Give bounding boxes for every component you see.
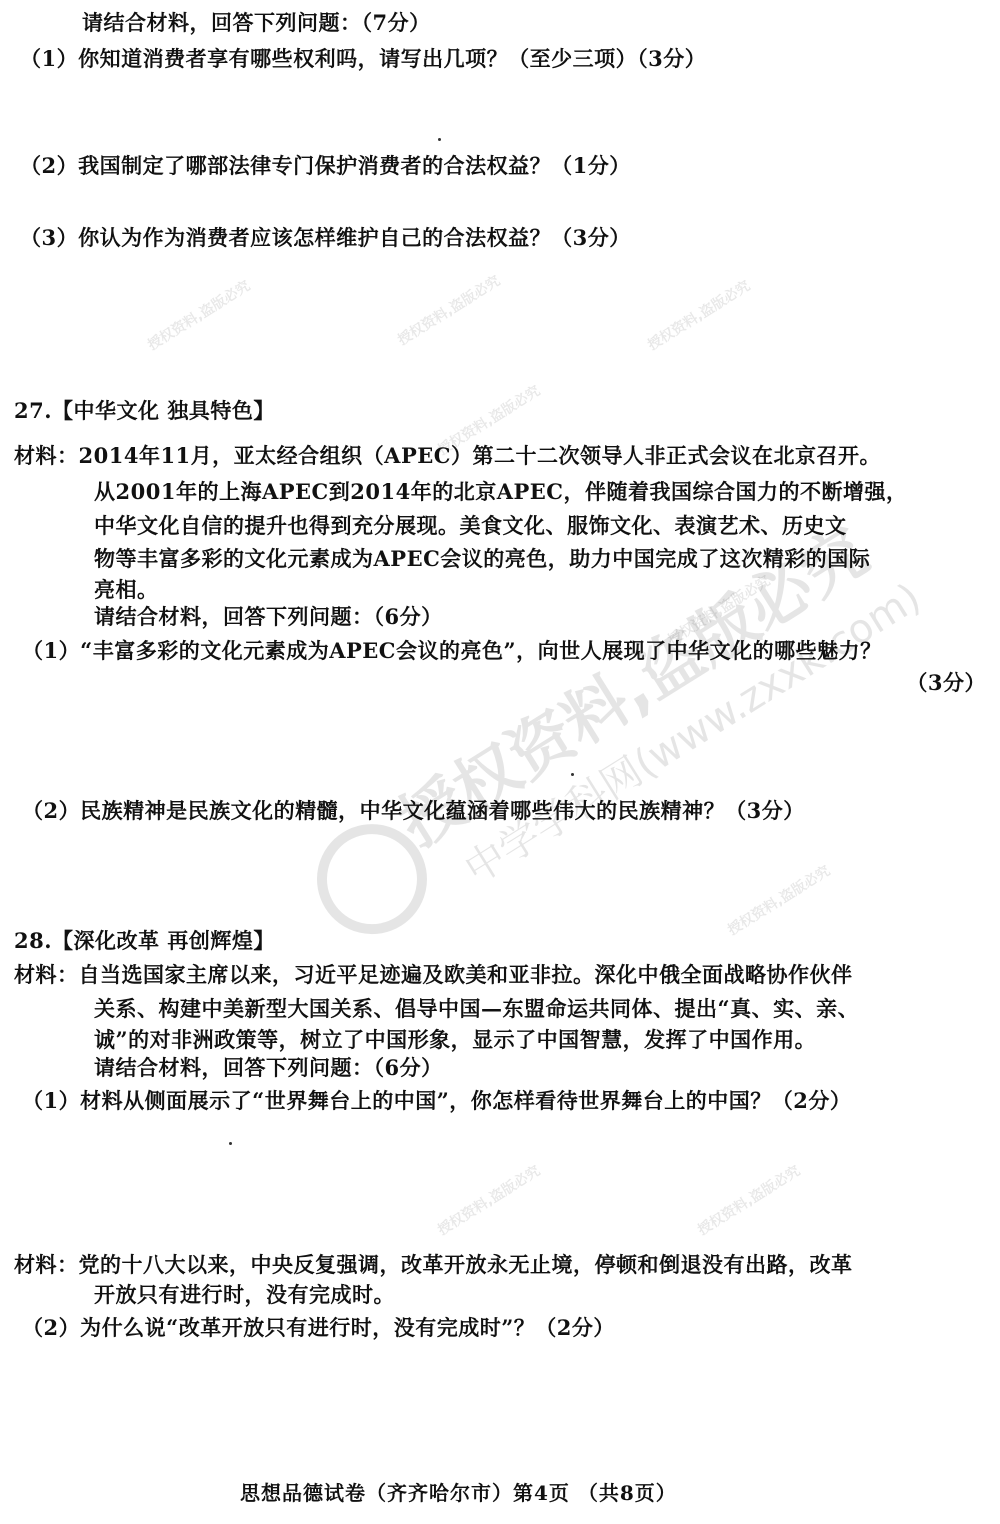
question-prompt: 请结合材料，回答下列问题：（6分） — [94, 604, 443, 630]
question-27-1-score: （3分） — [906, 670, 986, 696]
material-line: 材料：2014年11月，亚太经合组织（APEC）第二十二次领导人非正式会议在北京… — [14, 443, 881, 469]
material-line: 中华文化自信的提升也得到充分展现。美食文化、服饰文化、表演艺术、历史文 — [94, 513, 847, 539]
material-line: 材料：自当选国家主席以来，习近平足迹遍及欧美和亚非拉。深化中俄全面战略协作伙伴 — [14, 962, 853, 988]
material-line: 开放只有进行时，没有完成时。 — [94, 1282, 395, 1308]
watermark-small: 授权资料,盗版必究 — [434, 1160, 544, 1239]
question-26-3: （3）你认为作为消费者应该怎样维护自己的合法权益？（3分） — [20, 225, 631, 251]
material-line: 诚”的对非洲政策等，树立了中国形象，显示了中国智慧，发挥了中国作用。 — [94, 1027, 816, 1053]
question-26-2: （2）我国制定了哪部法律专门保护消费者的合法权益？（1分） — [20, 153, 631, 179]
material-line: 物等丰富多彩的文化元素成为APEC会议的亮色，助力中国完成了这次精彩的国际 — [94, 546, 870, 572]
question-prompt: 请结合材料，回答下列问题：（6分） — [94, 1055, 443, 1081]
watermark-small: 授权资料,盗版必究 — [394, 270, 504, 349]
question-28-title: 28.【深化改革 再创辉煌】 — [14, 928, 275, 954]
page-footer: 思想品德试卷（齐齐哈尔市）第4页 （共8页） — [240, 1480, 677, 1506]
scan-speck — [438, 138, 441, 141]
watermark-small: 授权资料,盗版必究 — [694, 1160, 804, 1239]
question-26-1: （1）你知道消费者享有哪些权利吗，请写出几项？（至少三项）（3分） — [20, 46, 706, 72]
material-line: 亮相。 — [94, 577, 159, 603]
question-prompt: 请结合材料，回答下列问题：（7分） — [82, 10, 431, 36]
material-line: 从2001年的上海APEC到2014年的北京APEC，伴随着我国综合国力的不断增… — [94, 479, 908, 505]
watermark-small: 授权资料,盗版必究 — [144, 275, 254, 354]
question-28-1: （1）材料从侧面展示了“世界舞台上的中国”，你怎样看待世界舞台上的中国？（2分） — [22, 1088, 851, 1114]
watermark-sub-text: 中学学科网(www.zxxk.com) — [452, 567, 930, 895]
watermark-logo-icon — [296, 803, 448, 955]
scan-speck — [571, 773, 574, 776]
question-28-2: （2）为什么说“改革开放只有进行时，没有完成时”？（2分） — [22, 1315, 615, 1341]
material-line: 关系、构建中美新型大国关系、倡导中国—东盟命运共同体、提出“真、实、亲、 — [94, 996, 859, 1022]
scan-speck — [229, 1142, 232, 1145]
question-27-1: （1）“丰富多彩的文化元素成为APEC会议的亮色”，向世人展现了中华文化的哪些魅… — [22, 638, 882, 664]
question-27-2: （2）民族精神是民族文化的精髓，中华文化蕴涵着哪些伟大的民族精神？（3分） — [22, 798, 805, 824]
watermark-small: 授权资料,盗版必究 — [644, 275, 754, 354]
watermark-small: 授权资料,盗版必究 — [724, 860, 834, 939]
material-line: 材料：党的十八大以来，中央反复强调，改革开放永无止境，停顿和倒退没有出路，改革 — [14, 1252, 853, 1278]
question-27-title: 27.【中华文化 独具特色】 — [14, 398, 275, 424]
